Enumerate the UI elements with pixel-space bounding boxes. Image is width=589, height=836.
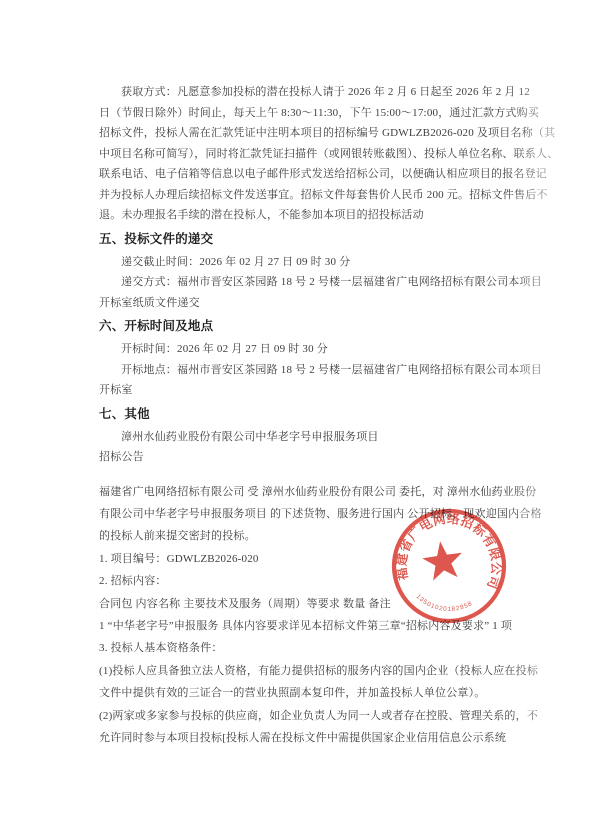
announcement-line-2: 有限公司中华老字号申报服务项目 的下述货物、服务进行国内 公开招标，现欢迎国内合… [99, 503, 535, 525]
acquisition-line-2: 日（节假日除外）时间止，每天上午 8:30～11:30，下午 15:00～17:… [99, 103, 535, 124]
opening-time: 开标时间：2026 年 02 月 27 日 09 时 30 分 [99, 339, 535, 360]
document-body: 获取方式：凡愿意参加投标的潜在投标人请于 2026 年 2 月 6 日起至 20… [99, 82, 535, 749]
acquisition-line-5: 联系电话、电子信箱等信息以电子邮件形式发送给招标公司，以便确认相应项目的报名登记 [99, 164, 535, 185]
section-heading-opening: 六、开标时间及地点 [99, 316, 535, 337]
announcement-line-3: 的投标人前来提交密封的投标。 [99, 525, 535, 547]
scanned-page: 获取方式：凡愿意参加投标的潜在投标人请于 2026 年 2 月 6 日起至 20… [0, 0, 589, 836]
announcement-project-number: 1. 项目编号：GDWLZB2026-020 [99, 548, 535, 570]
notice-label: 招标公告 [99, 447, 535, 468]
acquisition-line-3: 招标文件，投标人需在汇款凭证中注明本项目的招标编号 GDWLZB2026-020… [99, 123, 535, 144]
acquisition-line-7: 退。未办理报名手续的潜在投标人，不能参加本项目的招投标活动 [99, 205, 535, 226]
announcement-qualification-1a: (1)投标人应具备独立法人资格，有能力提供招标的服务内容的国内企业（投标人应在投… [99, 660, 535, 682]
announcement-table-header: 合同包 内容名称 主要技术及服务（周期）等要求 数量 备注 [99, 593, 535, 615]
announcement-qualification-2b: 允许同时参与本项目投标[投标人需在投标文件中需提供国家企业信用信息公示系统 [99, 727, 535, 749]
opening-place-line-2: 开标室 [99, 380, 535, 401]
other-project-name: 漳州水仙药业股份有限公司中华老字号申报服务项目 [99, 427, 535, 448]
submission-deadline: 递交截止时间：2026 年 02 月 27 日 09 时 30 分 [99, 252, 535, 273]
announcement-qualification-1b: 文件中提供有效的三证合一的营业执照副本复印件，并加盖投标人单位公章）。 [99, 682, 535, 704]
announcement-table-row: 1 “中华老字号”申报服务 具体内容要求详见本招标文件第三章“招标内容及要求” … [99, 615, 535, 637]
submission-method-line-2: 开标室纸质文件递交 [99, 293, 535, 314]
section-heading-submission: 五、投标文件的递交 [99, 229, 535, 250]
acquisition-line-6: 并为投标人办理后续招标文件发送事宜。招标文件每套售价人民币 200 元。招标文件… [99, 185, 535, 206]
acquisition-line-1: 获取方式：凡愿意参加投标的潜在投标人请于 2026 年 2 月 6 日起至 20… [99, 82, 535, 103]
acquisition-line-4: 中项目名称可简写），同时将汇款凭证扫描件（或网银转账截图）、投标人单位名称、联系… [99, 144, 535, 165]
announcement-qualification-label: 3. 投标人基本资格条件： [99, 637, 535, 659]
announcement-body: 福建省广电网络招标有限公司 受 漳州水仙药业股份有限公司 委托，对 漳州水仙药业… [99, 481, 535, 750]
announcement-line-1: 福建省广电网络招标有限公司 受 漳州水仙药业股份有限公司 委托，对 漳州水仙药业… [99, 481, 535, 503]
opening-place-line-1: 开标地点：福州市晋安区茶园路 18 号 2 号楼一层福建省广电网络招标有限公司本… [99, 360, 535, 381]
section-heading-other: 七、其他 [99, 404, 535, 425]
announcement-content-label: 2. 招标内容： [99, 570, 535, 592]
submission-method-line-1: 递交方式：福州市晋安区茶园路 18 号 2 号楼一层福建省广电网络招标有限公司本… [99, 272, 535, 293]
announcement-qualification-2a: (2)两家或多家参与投标的供应商，如企业负责人为同一人或者存在控股、管理关系的，… [99, 705, 535, 727]
